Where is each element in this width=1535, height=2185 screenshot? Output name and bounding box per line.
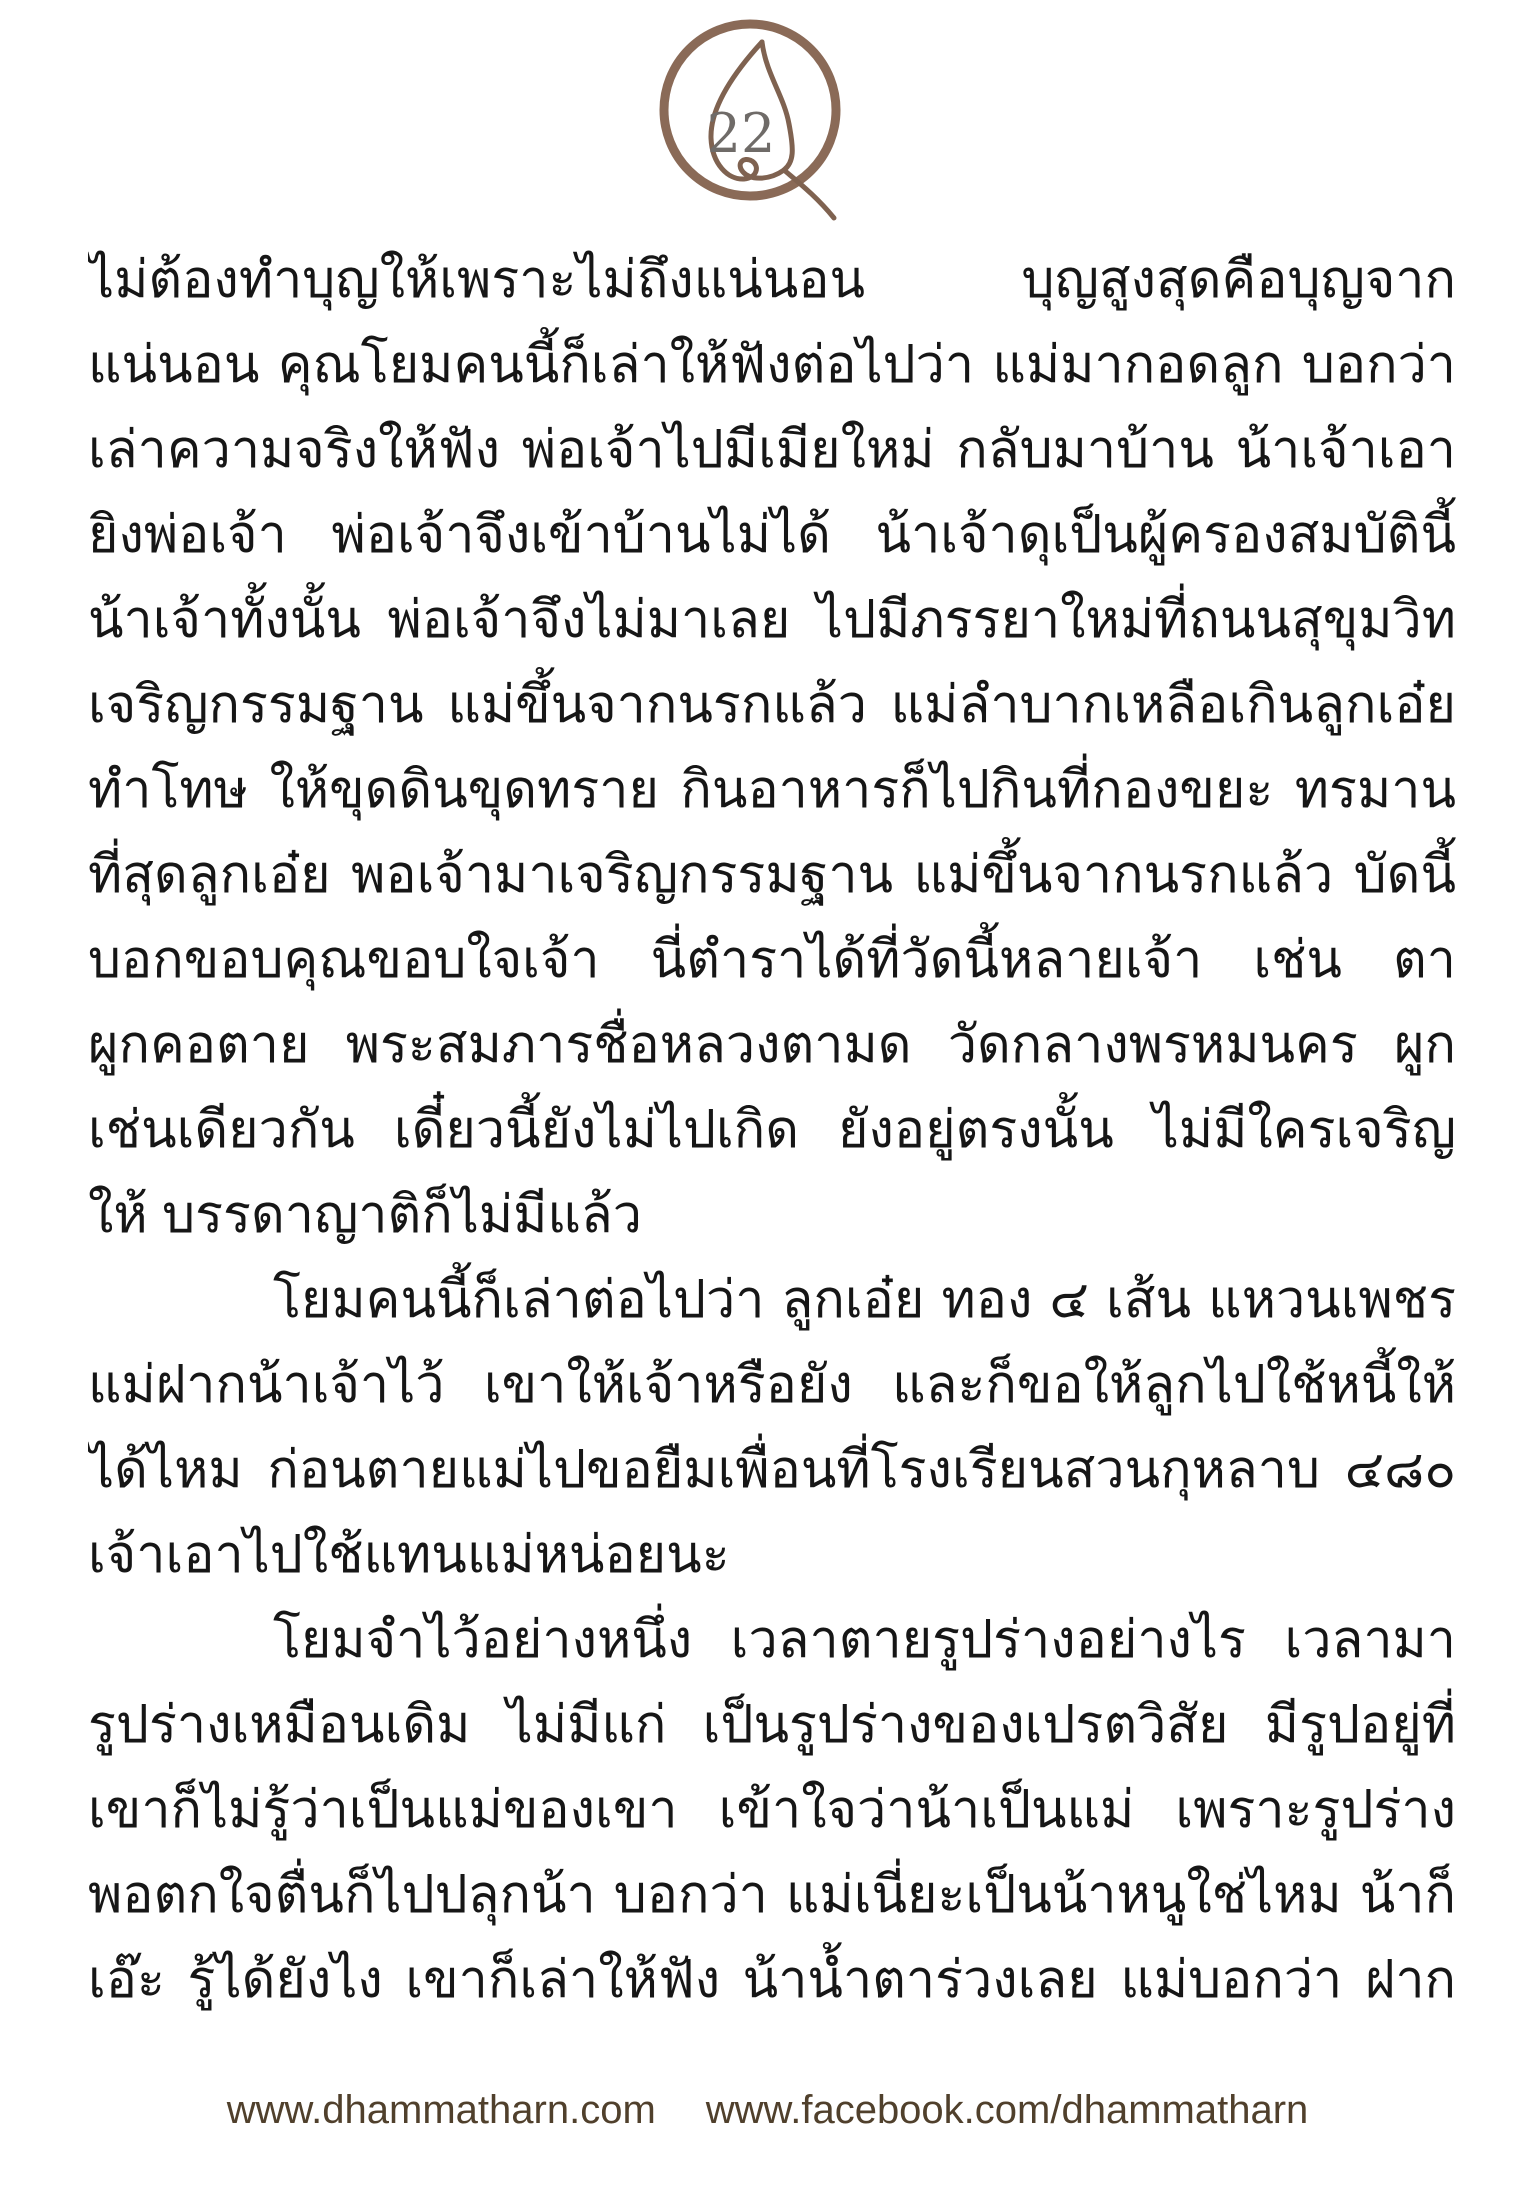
page-number: 22 [707,102,776,165]
footer-website-url: www.dhammatharn.com [227,2088,656,2133]
leaf-circle-icon: 22 [648,12,858,224]
text-line: เขาก็ไม่รู้ว่าเป็นแม่ของเขา เข้าใจว่าน้า… [88,1768,1456,1853]
text-line: ยิงพ่อเจ้า พ่อเจ้าจึงเข้าบ้านไม่ได้ น้าเ… [88,493,1456,578]
text-line-paragraph-end: ให้ บรรดาญาติก็ไม่มีแล้ว [88,1173,1456,1258]
text-line: ได้ไหม ก่อนตายแม่ไปขอยืมเพื่อนที่โรงเรีย… [88,1428,1456,1513]
text-line: พอตกใจตื่นก็ไปปลุกน้า บอกว่า แม่เนี่ยะเป… [88,1853,1456,1938]
text-line: แม่ฝากน้าเจ้าไว้ เขาให้เจ้าหรือยัง และก็… [88,1343,1456,1428]
footer-facebook-url: www.facebook.com/dhammatharn [706,2088,1309,2133]
text-line: เอ๊ะ รู้ได้ยังไง เขาก็เล่าให้ฟัง น้าน้ำต… [88,1938,1456,2023]
footer: www.dhammatharn.com www.facebook.com/dha… [0,2088,1535,2133]
book-page: 22 ไม่ต้องทำบุญให้เพราะไม่ถึงแน่นอน บุญส… [0,0,1535,2185]
body-text-block: ไม่ต้องทำบุญให้เพราะไม่ถึงแน่นอน บุญสูงส… [88,238,1456,2023]
text-line: รูปร่างเหมือนเดิม ไม่มีแก่ เป็นรูปร่างขอ… [88,1683,1456,1768]
text-line: ที่สุดลูกเอ๋ย พอเจ้ามาเจริญกรรมฐาน แม่ขึ… [88,833,1456,918]
text-line: ผูกคอตาย พระสมภารชื่อหลวงตามด วัดกลางพรห… [88,1003,1456,1088]
page-number-leaf-logo: 22 [648,12,858,224]
text-line: น้าเจ้าทั้งนั้น พ่อเจ้าจึงไม่มาเลย ไปมีภ… [88,578,1456,663]
text-line: บอกขอบคุณขอบใจเจ้า นี่ตำราได้ที่วัดนี้หล… [88,918,1456,1003]
text-line: แน่นอน คุณโยมคนนี้ก็เล่าให้ฟังต่อไปว่า แ… [88,323,1456,408]
text-line: เล่าความจริงให้ฟัง พ่อเจ้าไปมีเมียใหม่ ก… [88,408,1456,493]
text-line-paragraph-start: โยมจำไว้อย่างหนึ่ง เวลาตายรูปร่างอย่างไร… [88,1598,1456,1683]
text-line: เจริญกรรมฐาน แม่ขึ้นจากนรกแล้ว แม่ลำบากเ… [88,663,1456,748]
text-line: ไม่ต้องทำบุญให้เพราะไม่ถึงแน่นอน บุญสูงส… [88,238,1456,323]
text-line: ทำโทษ ให้ขุดดินขุดทราย กินอาหารก็ไปกินที… [88,748,1456,833]
text-line-paragraph-end: เจ้าเอาไปใช้แทนแม่หน่อยนะ [88,1513,1456,1598]
text-line-paragraph-start: โยมคนนี้ก็เล่าต่อไปว่า ลูกเอ๋ย ทอง ๔ เส้… [88,1258,1456,1343]
text-line: เช่นเดียวกัน เดี๋ยวนี้ยังไม่ไปเกิด ยังอย… [88,1088,1456,1173]
